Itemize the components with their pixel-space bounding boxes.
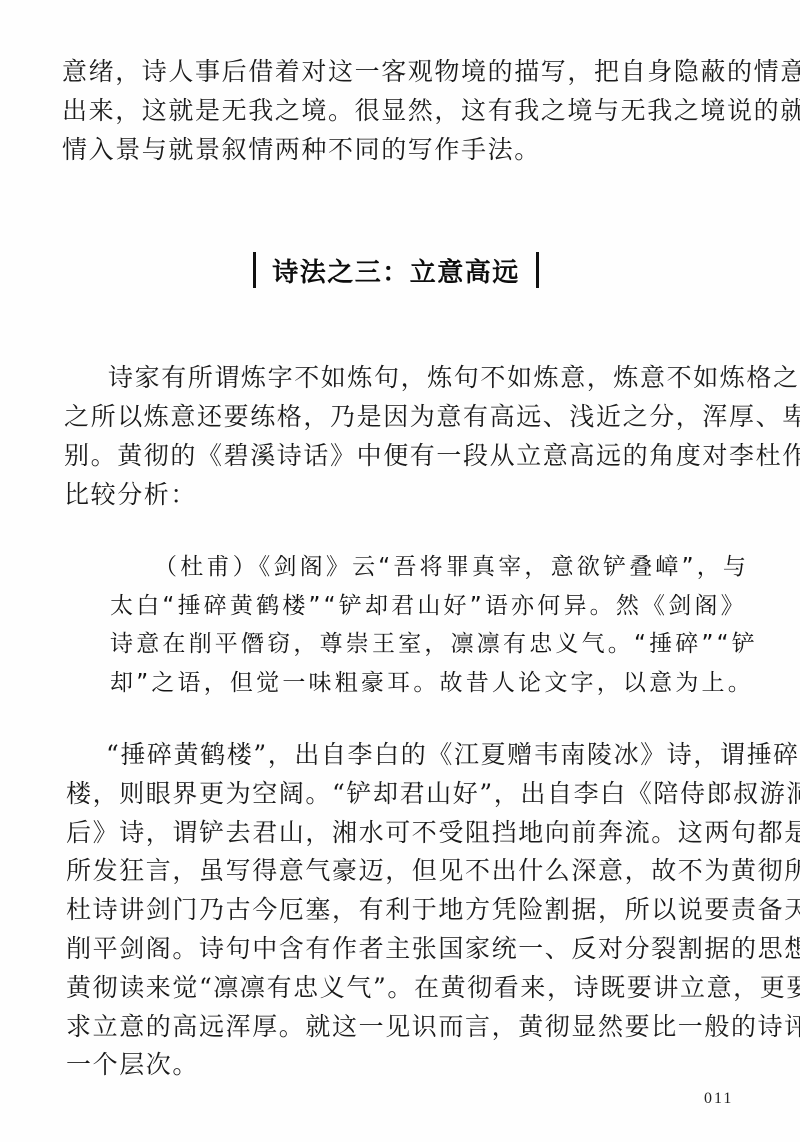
- heading-left-bar: [253, 252, 256, 288]
- text-line: 比较分析：: [64, 475, 800, 514]
- text-line: “捶碎黄鹤楼”，出自李白的《江夏赠韦南陵冰》诗，谓捶碎黄鹤: [66, 736, 800, 775]
- text-line: 杜诗讲剑门乃古今厄塞，有利于地方凭险割据，所以说要责备天公，: [66, 891, 800, 930]
- paragraph-intro: 诗家有所谓炼字不如炼句，炼句不如炼意，炼意不如炼格之说。 之所以炼意还要练格，乃…: [64, 358, 800, 514]
- text-line: 楼，则眼界更为空阔。“铲却君山好”，出自李白《陪侍郎叔游洞庭醉: [66, 775, 800, 814]
- text-line: 黄彻读来觉“凛凛有忠义气”。在黄彻看来，诗既要讲立意，更要追: [66, 969, 800, 1008]
- text-line: 诗家有所谓炼字不如炼句，炼句不如炼意，炼意不如炼格之说。: [64, 358, 800, 397]
- quote-line: 诗意在削平僭窃，尊崇王室，凛凛有忠义气。“捶碎”“铲: [110, 625, 758, 664]
- text-line: 出来，这就是无我之境。很显然，这有我之境与无我之境说的就是融: [62, 91, 800, 130]
- heading-right-bar: [536, 252, 539, 288]
- paragraph-analysis: “捶碎黄鹤楼”，出自李白的《江夏赠韦南陵冰》诗，谓捶碎黄鹤 楼，则眼界更为空阔。…: [66, 736, 800, 1085]
- text-line: 后》诗，谓铲去君山，湘水可不受阻挡地向前奔流。这两句都是醉后: [66, 814, 800, 853]
- text-line: 削平剑阁。诗句中含有作者主张国家统一、反对分裂割据的思想，故: [66, 930, 800, 969]
- page-number: 011: [704, 1090, 733, 1108]
- text-line: 意绪，诗人事后借着对这一客观物境的描写，把自身隐蔽的情意表现: [62, 52, 800, 91]
- text-line: 所发狂言，虽写得意气豪迈，但见不出什么深意，故不为黄彻所赏。: [66, 852, 800, 891]
- quote-line: （杜甫）《剑阁》云“吾将罪真宰，意欲铲叠嶂”，与: [110, 548, 758, 587]
- block-quote: （杜甫）《剑阁》云“吾将罪真宰，意欲铲叠嶂”，与 太白“捶碎黄鹤楼”“铲却君山好…: [110, 548, 758, 702]
- quote-line: 太白“捶碎黄鹤楼”“铲却君山好”语亦何异。然《剑阁》: [110, 587, 758, 626]
- text-line: 求立意的高远浑厚。就这一见识而言，黄彻显然要比一般的诗评家高: [66, 1008, 800, 1047]
- book-page: 意绪，诗人事后借着对这一客观物境的描写，把自身隐蔽的情意表现 出来，这就是无我之…: [0, 0, 800, 1142]
- text-line: 情入景与就景叙情两种不同的写作手法。: [62, 130, 800, 169]
- text-line: 一个层次。: [66, 1046, 800, 1085]
- text-line: 别。黄彻的《碧溪诗话》中便有一段从立意高远的角度对李杜作品的: [64, 436, 800, 475]
- paragraph-continued: 意绪，诗人事后借着对这一客观物境的描写，把自身隐蔽的情意表现 出来，这就是无我之…: [62, 52, 800, 169]
- text-line: 之所以炼意还要练格，乃是因为意有高远、浅近之分，浑厚、卑弱之: [64, 397, 800, 436]
- section-title: 诗法之三：立意高远: [272, 252, 520, 289]
- quote-line: 却”之语，但觉一味粗豪耳。故昔人论文字，以意为上。: [110, 664, 758, 703]
- section-heading: 诗法之三：立意高远: [253, 251, 539, 289]
